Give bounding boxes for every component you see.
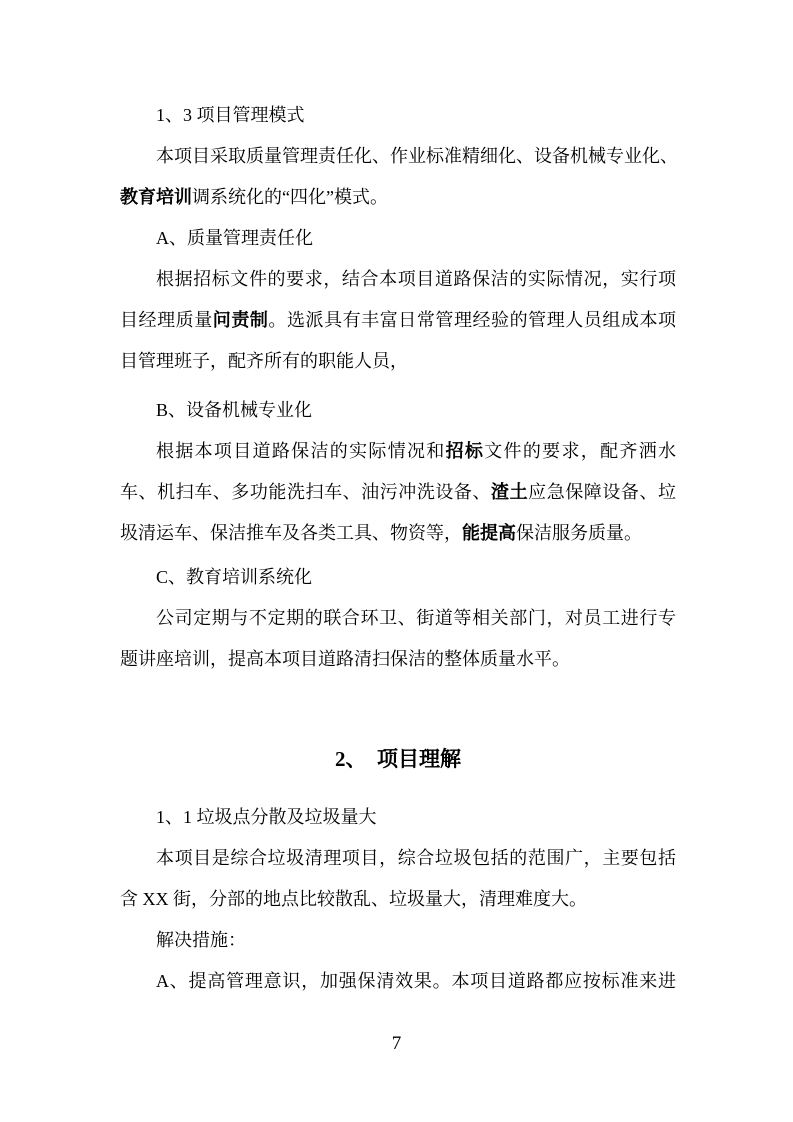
heading-b-equipment-specialization: B、设备机械专业化 <box>120 390 676 431</box>
text-segment: 本项目是综合垃圾清理项目，综合垃圾包括的范围广，主要包括 <box>156 848 676 868</box>
text-segment: 根据本项目道路保洁的实际情况和 <box>156 441 446 461</box>
text-segment: 应急保障设备、垃 <box>528 482 676 502</box>
bold-text-segment: 2、 项目理解 <box>335 747 461 771</box>
text-segment: 公司定期与不定期的联合环卫、街道等相关部门，对员工进行专 <box>156 608 676 628</box>
text-segment: 文件的要求，配齐洒水 <box>484 441 676 461</box>
heading-1-3-project-management-mode: 1、3 项目管理模式 <box>120 95 676 136</box>
para-understanding-line2: 含 XX 街，分部的地点比较散乱、垃圾量大，清理难度大。 <box>120 879 676 920</box>
document-page: 1、3 项目管理模式本项目采取质量管理责任化、作业标准精细化、设备机械专业化、教… <box>0 0 793 1122</box>
bold-text-segment: 渣土 <box>491 482 528 502</box>
para-c-line1: 公司定期与不定期的联合环卫、街道等相关部门，对员工进行专 <box>120 598 676 639</box>
para-b-line3: 圾清运车、保洁推车及各类工具、物资等，能提高保洁服务质量。 <box>120 513 676 554</box>
heading-2-project-understanding: 2、 项目理解 <box>120 736 676 782</box>
para-a-line3: 目管理班子，配齐所有的职能人员， <box>120 341 676 382</box>
bold-text-segment: 问责制 <box>213 310 269 330</box>
text-segment: 本项目采取质量管理责任化、作业标准精细化、设备机械专业化、 <box>156 146 678 166</box>
bold-text-segment: 教育培训 <box>120 187 192 207</box>
para-b-line1: 根据本项目道路保洁的实际情况和招标文件的要求，配齐洒水 <box>120 431 676 472</box>
para-understanding-line1: 本项目是综合垃圾清理项目，综合垃圾包括的范围广，主要包括 <box>120 838 676 879</box>
para-sihua-line2: 教育培训调系统化的“四化”模式。 <box>120 177 676 218</box>
page-number: 7 <box>0 1030 793 1057</box>
text-segment: 解决措施： <box>156 930 246 950</box>
measures-label: 解决措施： <box>120 920 676 961</box>
text-segment: 调系统化的“四化”模式。 <box>192 187 388 207</box>
text-segment: 1、3 项目管理模式 <box>156 105 305 125</box>
text-segment: 车、机扫车、多功能洗扫车、油污冲洗设备、 <box>120 482 491 502</box>
text-segment: A、质量管理责任化 <box>156 228 313 248</box>
text-segment: 题讲座培训，提高本项目道路清扫保洁的整体质量水平。 <box>120 649 570 669</box>
para-measures-line1: A、提高管理意识，加强保清效果。本项目道路都应按标准来进 <box>120 961 676 1002</box>
para-c-line2: 题讲座培训，提高本项目道路清扫保洁的整体质量水平。 <box>120 639 676 680</box>
heading-a-quality-responsibility: A、质量管理责任化 <box>120 218 676 259</box>
para-b-line2: 车、机扫车、多功能洗扫车、油污冲洗设备、渣土应急保障设备、垃 <box>120 472 676 513</box>
para-a-line1: 根据招标文件的要求，结合本项目道路保洁的实际情况，实行项 <box>120 259 676 300</box>
text-segment: 1、1 垃圾点分散及垃圾量大 <box>156 807 377 827</box>
heading-c-education-training: C、教育培训系统化 <box>120 557 676 598</box>
text-segment: 目管理班子，配齐所有的职能人员， <box>120 351 408 371</box>
text-segment: A、提高管理意识，加强保清效果。本项目道路都应按标准来进 <box>156 971 676 991</box>
text-segment: 目经理质量 <box>120 310 213 330</box>
document-content: 1、3 项目管理模式本项目采取质量管理责任化、作业标准精细化、设备机械专业化、教… <box>120 95 676 1002</box>
text-segment: 含 XX 街，分部的地点比较散乱、垃圾量大，清理难度大。 <box>120 889 587 909</box>
para-a-line2: 目经理质量问责制。选派具有丰富日常管理经验的管理人员组成本项 <box>120 300 676 341</box>
heading-1-1-garbage-points: 1、1 垃圾点分散及垃圾量大 <box>120 797 676 838</box>
text-segment: 根据招标文件的要求，结合本项目道路保洁的实际情况，实行项 <box>156 269 676 289</box>
text-segment: B、设备机械专业化 <box>156 400 312 420</box>
bold-text-segment: 能提高 <box>462 523 516 543</box>
text-segment: 。选派具有丰富日常管理经验的管理人员组成本项 <box>268 310 676 330</box>
bold-text-segment: 招标 <box>446 441 485 461</box>
text-segment: C、教育培训系统化 <box>156 567 312 587</box>
text-segment: 保洁服务质量。 <box>516 523 642 543</box>
para-sihua-line1: 本项目采取质量管理责任化、作业标准精细化、设备机械专业化、 <box>120 136 676 177</box>
text-segment: 圾清运车、保洁推车及各类工具、物资等， <box>120 523 462 543</box>
